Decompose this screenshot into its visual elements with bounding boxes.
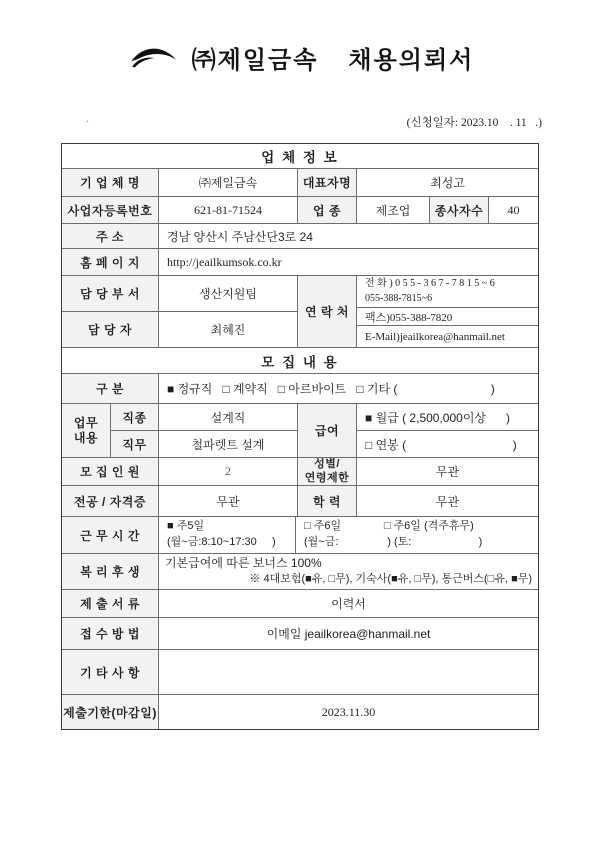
salary-label: 급여 xyxy=(298,404,357,458)
apply-method-value: 이메일 jeailkorea@hanmail.net xyxy=(159,618,538,650)
company-name-value: ㈜제일금속 xyxy=(159,169,298,197)
jobtype-label: 직종 xyxy=(111,404,159,431)
business-regno-value: 621-81-71524 xyxy=(159,197,298,224)
homepage-label: 홈 페 이 지 xyxy=(62,249,159,276)
ceo-name-value: 최성고 xyxy=(357,169,538,197)
company-name-label: 기 업 체 명 xyxy=(62,169,159,197)
employees-count-label: 종사자수 xyxy=(430,197,489,224)
business-regno-label: 사업자등록번호 xyxy=(62,197,159,224)
deadline-value: 2023.11.30 xyxy=(159,695,538,729)
company-logo-icon xyxy=(126,46,178,70)
contact-fax-cell: 팩스)055-388-7820 xyxy=(357,308,538,326)
document-header: ㈜제일금속 채용의뢰서 xyxy=(0,40,600,75)
ceo-name-label: 대표자명 xyxy=(298,169,357,197)
welfare-bonus-line: 기본급여에 따른 보너스 100% xyxy=(165,555,532,572)
documents-value: 이력서 xyxy=(159,590,538,618)
department-label: 담 당 부 서 xyxy=(62,276,159,312)
contact-phone-cell: 전 화 ) 0 5 5 - 3 6 7 - 7 8 1 5 ~ 6 055-38… xyxy=(357,276,538,308)
duty-label: 직무 xyxy=(111,431,159,458)
hours-5day-cell: ■ 주5일 (월~금:8:10~17:30 ) xyxy=(159,517,296,554)
education-label: 학 력 xyxy=(298,486,357,517)
duty-value: 철파렛트 설계 xyxy=(159,431,298,458)
section-title-company-info: 업 체 정 보 xyxy=(62,144,538,169)
hours-5day-line2: (월~금:8:10~17:30 ) xyxy=(167,535,295,551)
recruitment-form-table: 업 체 정 보 기 업 체 명 ㈜제일금속 대표자명 최성고 사업자등록번호 6… xyxy=(61,143,539,730)
category-options: ■ 정규직 □ 계약직 □ 아르바이트 □ 기타 ( ) xyxy=(159,374,538,404)
salary-annual-option: □ 연봉 ( ) xyxy=(357,431,538,458)
document-page: ㈜제일금속 채용의뢰서 . (신청일자: 2023.10 . 11 .) 업 체… xyxy=(0,0,600,849)
employees-count-value: 40 xyxy=(489,197,538,224)
manager-value: 최혜진 xyxy=(159,312,298,348)
work-content-label: 업무 내용 xyxy=(62,404,111,458)
headcount-label: 모 집 인 원 xyxy=(62,458,159,486)
major-cert-label: 전공 / 자격증 xyxy=(62,486,159,517)
document-title: 채용의뢰서 xyxy=(348,40,474,75)
major-cert-value: 무관 xyxy=(159,486,298,517)
company-name-title: ㈜제일금속 xyxy=(192,40,319,75)
manager-label: 담 당 자 xyxy=(62,312,159,348)
homepage-value: http://jeailkumsok.co.kr xyxy=(159,249,538,276)
deadline-label: 제출기한(마감일) xyxy=(62,695,159,729)
industry-label: 업 종 xyxy=(298,197,357,224)
etc-label: 기 타 사 항 xyxy=(62,650,159,695)
apply-method-label: 접 수 방 법 xyxy=(62,618,159,650)
welfare-label: 복 리 후 생 xyxy=(62,554,159,590)
etc-value xyxy=(159,650,538,695)
contact-phone-line2: 055-388-7815~6 xyxy=(365,292,538,307)
stray-mark: . xyxy=(86,113,89,125)
gender-age-label: 성별/ 연령제한 xyxy=(298,458,357,486)
hours-6day-cell: □ 주6일 □ 주6일 (격주휴무) (월~금: ) (토: ) xyxy=(296,517,538,554)
industry-value: 제조업 xyxy=(357,197,430,224)
contact-label: 연 락 처 xyxy=(298,276,357,348)
documents-label: 제 출 서 류 xyxy=(62,590,159,618)
hours-6day-line1: □ 주6일 □ 주6일 (격주휴무) xyxy=(304,519,538,535)
gender-age-value: 무관 xyxy=(357,458,538,486)
contact-phone-line1: 전 화 ) 0 5 5 - 3 6 7 - 7 8 1 5 ~ 6 xyxy=(365,277,538,292)
contact-email-cell: E-Mail)jeailkorea@hanmail.net xyxy=(357,326,538,348)
welfare-cell: 기본급여에 따른 보너스 100% ※ 4대보험(■유, □무), 기숙사(■유… xyxy=(159,554,538,590)
jobtype-value: 설계직 xyxy=(159,404,298,431)
salary-monthly-option: ■ 월급 ( 2,500,000이상 ) xyxy=(357,404,538,431)
education-value: 무관 xyxy=(357,486,538,517)
address-label: 주 소 xyxy=(62,224,159,249)
address-value: 경남 양산시 주남산단3로 24 xyxy=(159,224,538,249)
category-label: 구 분 xyxy=(62,374,159,404)
hours-5day-line1: ■ 주5일 xyxy=(167,519,295,535)
application-date: (신청일자: 2023.10 . 11 .) xyxy=(407,114,542,130)
department-value: 생산지원팀 xyxy=(159,276,298,312)
hours-6day-line2: (월~금: ) (토: ) xyxy=(304,535,538,551)
welfare-insurance-line: ※ 4대보험(■유, □무), 기숙사(■유, □무), 통근버스(□유, ■무… xyxy=(165,572,532,588)
headcount-value: 2 xyxy=(159,458,298,486)
section-title-recruit-info: 모 집 내 용 xyxy=(62,348,538,374)
work-hours-label: 근 무 시 간 xyxy=(62,517,159,554)
